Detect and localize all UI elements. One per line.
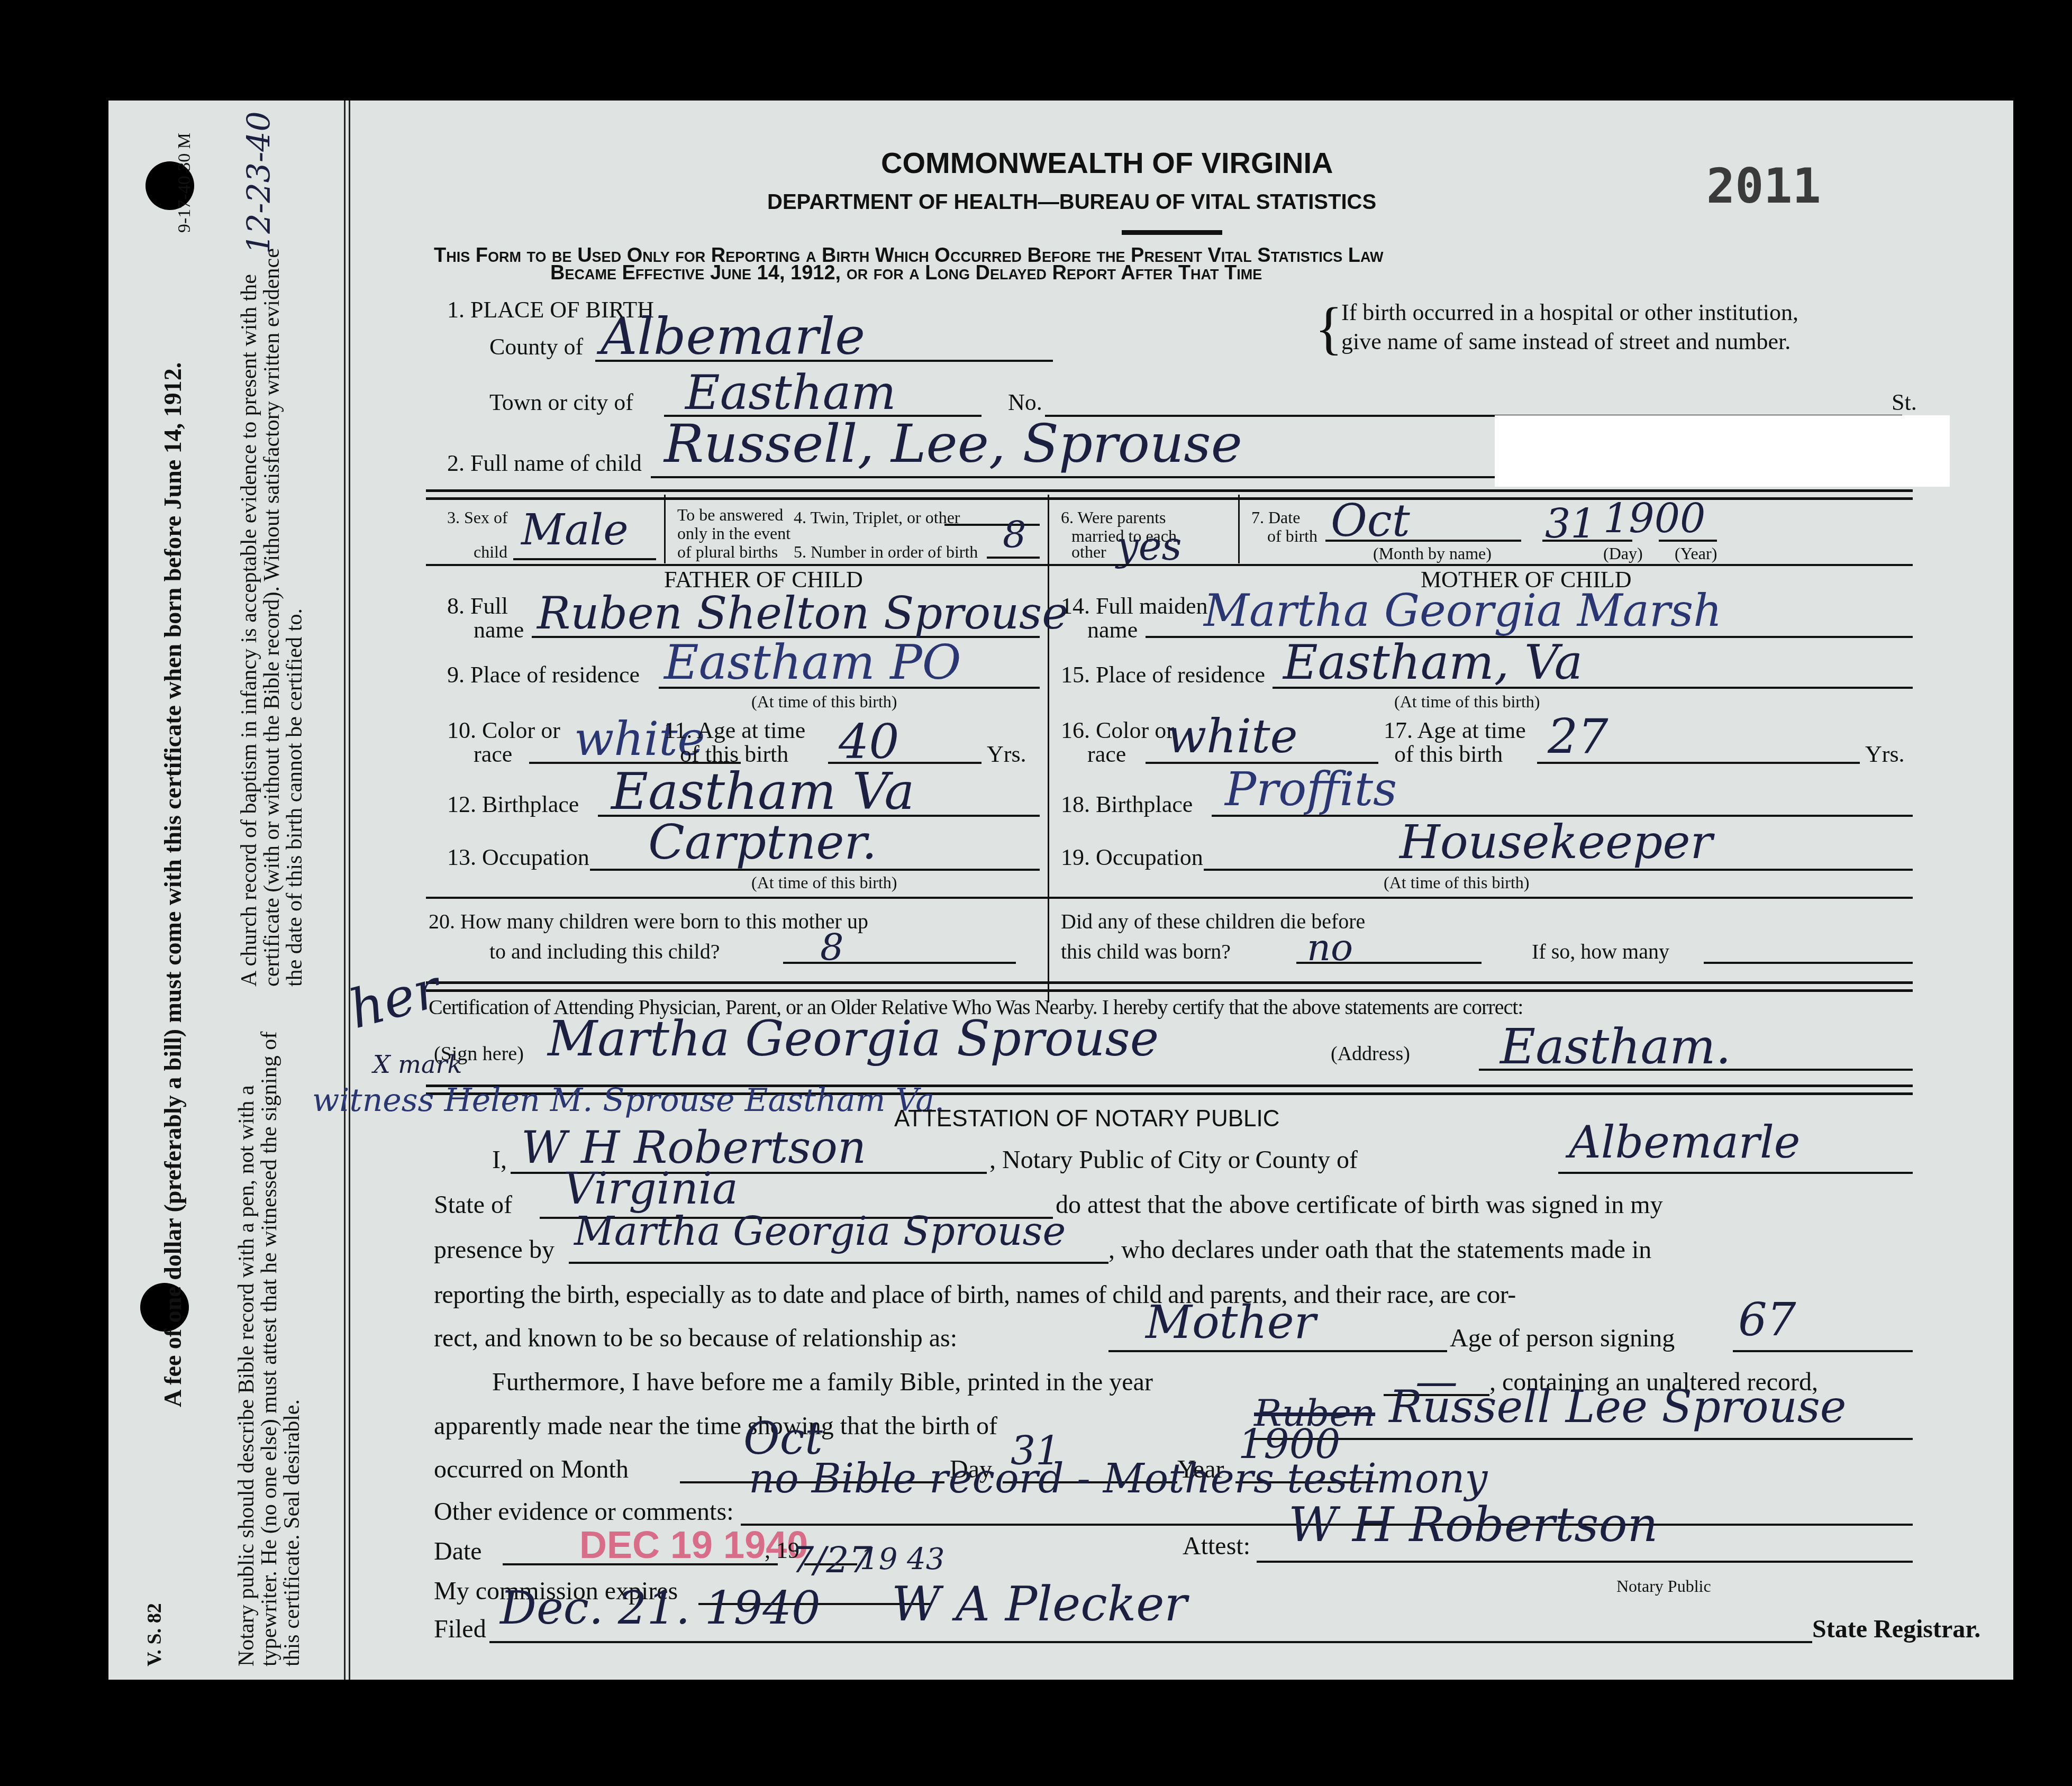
signature-mark: X mark bbox=[373, 1050, 462, 1079]
brace: { bbox=[1315, 299, 1343, 357]
county-label: County of bbox=[489, 333, 583, 360]
state-value: Virginia bbox=[564, 1164, 738, 1214]
mother-race-value: white bbox=[1167, 709, 1298, 763]
mother-residence-value: Eastham, Va bbox=[1283, 635, 1583, 690]
hospital-note-1: If birth occurred in a hospital or other… bbox=[1341, 299, 1798, 326]
address-label: (Address) bbox=[1331, 1042, 1410, 1065]
presence-line bbox=[569, 1262, 1108, 1264]
father-birthplace-label: 12. Birthplace bbox=[447, 791, 579, 818]
certifier-address: Eastham. bbox=[1500, 1018, 1731, 1075]
mother-name-value: Martha Georgia Marsh bbox=[1204, 585, 1722, 636]
notary-county: Albemarle bbox=[1569, 1116, 1800, 1168]
dob-month-value: Oct bbox=[1331, 495, 1410, 546]
comments-label: Other evidence or comments: bbox=[434, 1497, 733, 1526]
father-name-label-2: name bbox=[474, 616, 524, 643]
mother-age-value: 27 bbox=[1548, 709, 1608, 764]
filed-date: Dec. 21. 1940 bbox=[500, 1582, 821, 1635]
bible-text-1: Furthermore, I have before me a family B… bbox=[492, 1368, 1153, 1397]
age-signing-value: 67 bbox=[1738, 1293, 1796, 1346]
sex-value: Male bbox=[521, 505, 629, 554]
print-code: 9-17-40 30 M bbox=[175, 133, 195, 233]
church-record-note: A church record of baptism in infancy is… bbox=[238, 235, 306, 987]
mother-residence-caption: (At time of this birth) bbox=[1394, 692, 1540, 712]
mother-birthplace-value: Proffits bbox=[1225, 762, 1397, 816]
plural-note-1: To be answered bbox=[677, 505, 783, 525]
relationship-value: Mother bbox=[1146, 1296, 1316, 1349]
children-question-1: 20. How many children were born to this … bbox=[429, 909, 868, 934]
mother-occupation-label: 19. Occupation bbox=[1061, 844, 1203, 871]
father-birthplace-value: Eastham Va bbox=[611, 762, 915, 821]
father-age-label: 11. Age at time bbox=[664, 717, 805, 744]
father-occupation-caption: (At time of this birth) bbox=[751, 873, 897, 892]
married-value: yes bbox=[1116, 524, 1182, 569]
notary-of-text: , Notary Public of City or County of bbox=[989, 1145, 1358, 1174]
mother-residence-label: 15. Place of residence bbox=[1061, 661, 1265, 688]
mother-name-label: 14. Full maiden bbox=[1061, 593, 1207, 619]
section-rule bbox=[426, 564, 1913, 569]
filed-line bbox=[489, 1641, 1812, 1643]
twin-label: 4. Twin, Triplet, or other bbox=[794, 508, 960, 527]
attest-text: do attest that the above certificate of … bbox=[1056, 1190, 1663, 1219]
dob-label-2: of birth bbox=[1267, 526, 1317, 546]
presence-name: Martha Georgia Sprouse bbox=[574, 1209, 1066, 1254]
fee-note: A fee of one dollar (preferably a bill) … bbox=[159, 243, 187, 1407]
divider bbox=[1238, 495, 1240, 563]
mother-yrs-label: Yrs. bbox=[1865, 741, 1905, 768]
street-st-label: St. bbox=[1892, 389, 1917, 416]
certifier-signature: Martha Georgia Sprouse bbox=[548, 1010, 1159, 1067]
children-question-2-line-2: this child was born? bbox=[1061, 939, 1231, 964]
children-answer-line bbox=[783, 962, 1016, 964]
header-rule bbox=[1122, 230, 1222, 235]
how-many-line bbox=[1704, 962, 1913, 964]
child-name-line bbox=[651, 476, 1606, 478]
apparent-text: apparently made near the time showing th… bbox=[434, 1411, 997, 1441]
mother-age-label: 17. Age at time bbox=[1384, 717, 1526, 744]
redaction-box bbox=[1495, 415, 1950, 487]
order-label: 5. Number in order of birth bbox=[794, 542, 978, 562]
child-name-value: Russell, Lee, Sprouse bbox=[664, 413, 1242, 475]
dob-year-value: 1900 bbox=[1603, 495, 1705, 542]
father-residence-caption: (At time of this birth) bbox=[751, 692, 897, 712]
child-name-label: 2. Full name of child bbox=[447, 450, 642, 477]
birth-certificate: V. S. 82 9-17-40 30 M A fee of one dolla… bbox=[108, 101, 2013, 1680]
dob-label-1: 7. Date bbox=[1251, 508, 1300, 527]
section-rule bbox=[426, 981, 1913, 992]
comments-value: no Bible record - Mothers testimony bbox=[749, 1455, 1487, 1502]
year-caption: (Year) bbox=[1675, 544, 1717, 563]
notice-line-2: Became Effective June 14, 1912, or for a… bbox=[550, 262, 1262, 285]
state-label: State of bbox=[434, 1190, 512, 1219]
commission-year: 19 43 bbox=[860, 1542, 944, 1577]
married-label-3: other bbox=[1071, 542, 1106, 562]
children-question-1-line-2: to and including this child? bbox=[489, 939, 720, 964]
notary-county-line bbox=[1558, 1172, 1913, 1174]
form-subtitle: DEPARTMENT OF HEALTH—BUREAU OF VITAL STA… bbox=[767, 190, 1376, 214]
form-title: COMMONWEALTH OF VIRGINIA bbox=[881, 145, 1333, 180]
reporting-text: reporting the birth, especially as to da… bbox=[434, 1280, 1516, 1309]
registrar-signature: W A Plecker bbox=[892, 1577, 1187, 1632]
dob-day-value: 31 bbox=[1545, 500, 1596, 547]
parents-divider bbox=[1048, 495, 1049, 1003]
form-id: V. S. 82 bbox=[143, 1603, 166, 1666]
age-signing-label: Age of person signing bbox=[1450, 1324, 1675, 1353]
father-race-label: 10. Color or bbox=[447, 717, 560, 744]
order-line bbox=[987, 557, 1040, 559]
notary-public-caption: Notary Public bbox=[1616, 1577, 1711, 1596]
father-residence-value: Eastham PO bbox=[664, 635, 961, 690]
hospital-note-2: give name of same instead of street and … bbox=[1341, 328, 1791, 355]
birth-of-line bbox=[1251, 1438, 1913, 1440]
father-name-value: Ruben Shelton Sprouse bbox=[537, 587, 1068, 639]
witness-line: witness Helen M. Sprouse Eastham Va. bbox=[312, 1082, 944, 1119]
notary-i-label: I, bbox=[492, 1145, 507, 1174]
children-answer: 8 bbox=[820, 926, 844, 969]
margin-handwritten-date: 12-23-40 bbox=[241, 111, 278, 254]
attest-signature: W H Robertson bbox=[1288, 1497, 1658, 1553]
notary-instruction-note: Notary public should describe Bible reco… bbox=[235, 1021, 304, 1666]
mother-occupation-value: Housekeeper bbox=[1399, 815, 1713, 869]
children-question-3: If so, how many bbox=[1532, 939, 1669, 964]
town-label: Town or city of bbox=[489, 389, 633, 416]
order-value: 8 bbox=[1003, 513, 1026, 557]
mother-occupation-caption: (At time of this birth) bbox=[1384, 873, 1530, 892]
sex-label-child: child bbox=[474, 542, 507, 562]
relationship-text: rect, and known to be so because of rela… bbox=[434, 1324, 957, 1353]
attest-label: Attest: bbox=[1183, 1532, 1250, 1561]
mother-birthplace-label: 18. Birthplace bbox=[1061, 791, 1193, 818]
notary-heading: ATTESTATION OF NOTARY PUBLIC bbox=[894, 1106, 1280, 1132]
certificate-number: 2011 bbox=[1706, 159, 1821, 214]
father-race-label-2: race bbox=[474, 741, 512, 768]
mother-age-label-2: of this birth bbox=[1394, 741, 1503, 768]
died-answer: no bbox=[1307, 926, 1353, 969]
declares-text: , who declares under oath that the state… bbox=[1108, 1235, 1651, 1264]
street-no-label: No. bbox=[1008, 389, 1042, 416]
attest-line bbox=[1257, 1561, 1913, 1563]
margin-rule bbox=[344, 101, 350, 1680]
father-yrs-label: Yrs. bbox=[987, 741, 1026, 768]
date-label: Date bbox=[434, 1537, 482, 1566]
father-occupation-value: Carptner. bbox=[648, 815, 877, 870]
county-value: Albemarle bbox=[601, 307, 865, 366]
section-rule bbox=[426, 897, 1913, 899]
plural-note-3: of plural births bbox=[677, 542, 778, 562]
month-caption: (Month by name) bbox=[1373, 544, 1492, 563]
plural-note-2: only in the event bbox=[677, 524, 790, 543]
age-signing-line bbox=[1733, 1350, 1913, 1352]
filed-label: Filed bbox=[434, 1615, 486, 1644]
presence-label: presence by bbox=[434, 1235, 555, 1264]
father-occupation-label: 13. Occupation bbox=[447, 844, 589, 871]
day-caption: (Day) bbox=[1603, 544, 1643, 563]
father-name-label: 8. Full bbox=[447, 593, 508, 619]
state-registrar-label: State Registrar. bbox=[1812, 1615, 1980, 1644]
sex-line bbox=[513, 558, 656, 560]
birth-of-value: Russell Lee Sprouse bbox=[1389, 1381, 1847, 1433]
margin-her: her bbox=[343, 958, 447, 1041]
mother-race-label: 16. Color or bbox=[1061, 717, 1174, 744]
sex-label: 3. Sex of bbox=[447, 508, 508, 527]
relationship-line bbox=[1108, 1350, 1447, 1352]
father-residence-label: 9. Place of residence bbox=[447, 661, 640, 688]
mother-name-label-2: name bbox=[1087, 616, 1138, 643]
occurred-month-label: occurred on Month bbox=[434, 1455, 629, 1484]
divider bbox=[664, 495, 666, 563]
mother-race-label-2: race bbox=[1087, 741, 1126, 768]
